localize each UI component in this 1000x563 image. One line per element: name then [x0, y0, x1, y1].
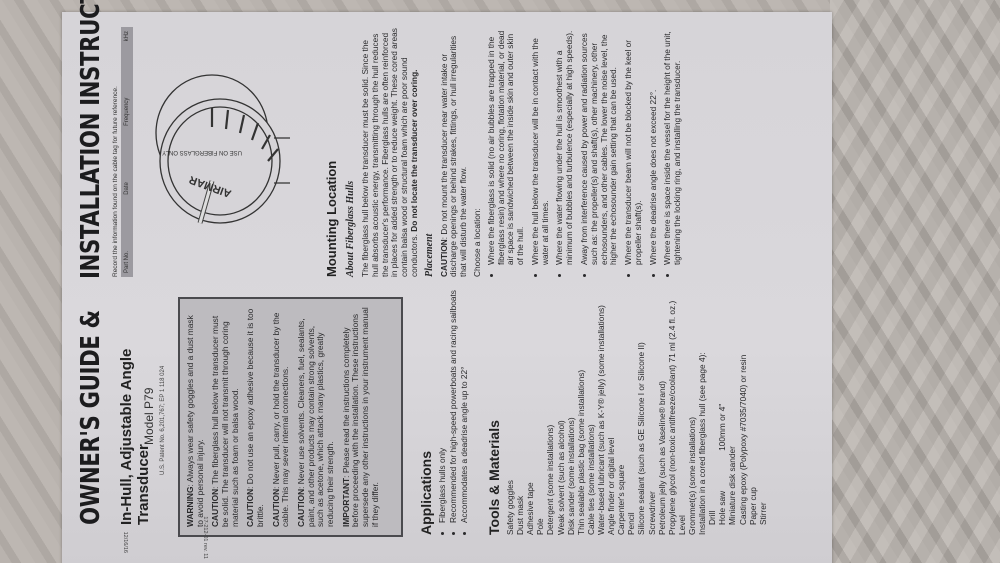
- placement-heading: Placement: [424, 25, 436, 277]
- tool-item: Safety goggles: [505, 290, 515, 535]
- warning-paragraph: CAUTION: Never pull, carry, or hold the …: [272, 307, 291, 527]
- model-number: Model P79: [142, 388, 156, 445]
- tool-item: Screwdriver: [647, 290, 657, 535]
- tool-item: Detergent (some installations): [545, 290, 555, 535]
- cored-tool-item: Miniature disk sander: [727, 290, 737, 535]
- tool-item: Cable ties (some installations): [586, 290, 596, 535]
- installation-column: INSTALLATION INSTRUCTIONS Record the inf…: [62, 21, 832, 283]
- applications-section: Applications Fiberglass hulls onlyRecomm…: [418, 290, 471, 535]
- diagram-inner-text: USE ON FIBERGLASS ONLY: [162, 149, 242, 155]
- warning-label: CAUTION: [296, 489, 306, 527]
- warning-label: WARNING: [185, 487, 195, 527]
- cored-tool-item: Hole saw100mm or 4": [717, 290, 727, 535]
- location-criterion: Away from interference caused by power a…: [580, 25, 619, 265]
- tool-item: Installation in a cored fiberglass hull …: [697, 290, 707, 535]
- margin-doc-code: 17-212-01 rev. 11: [202, 516, 208, 559]
- tool-item: Water-based lubricant (such as K-Y® jell…: [596, 290, 606, 535]
- tools-list: Safety gogglesDust maskAdhesive tapePole…: [505, 290, 768, 535]
- tool-item: Angle finder or digital level: [606, 290, 616, 535]
- location-criterion: Where the fiberglass is solid (no air bu…: [487, 25, 526, 265]
- tools-section: Tools & Materials Safety gogglesDust mas…: [486, 290, 768, 535]
- owners-guide-title: OWNER'S GUIDE &: [76, 310, 106, 525]
- field-date: Date: [124, 182, 130, 195]
- warning-label: CAUTION: [271, 489, 281, 527]
- location-criterion: Where the hull below the transducer will…: [531, 25, 551, 265]
- location-criterion: Where there is space inside the vessel f…: [663, 25, 683, 265]
- transducer-diagram: AIRMAR USE ON FIBERGLASS ONLY: [142, 53, 302, 243]
- tool-item: Silicone sealant (such as GE Silicone I …: [636, 290, 646, 535]
- application-item: Fiberglass hulls only: [437, 290, 448, 523]
- tool-item: Carpenter's square: [616, 290, 626, 535]
- cored-tool-item: Casting epoxy (Polypoxy #7035/7040) or r…: [738, 290, 748, 535]
- application-item: Accommodates a deadrise angle up to 22°: [459, 290, 470, 523]
- application-item: Recommended for high-speed powerboats an…: [448, 290, 459, 523]
- record-fields-bar: Part No. Date Frequency kHz: [121, 27, 133, 277]
- owners-guide-column: OWNER'S GUIDE & In-Hull, Adjustable Angl…: [62, 293, 832, 555]
- warning-paragraph: IMPORTANT: Please read the instructions …: [342, 307, 381, 527]
- cable-tag-record: Record the information found on the cabl…: [112, 27, 133, 277]
- warning-label: CAUTION: [245, 489, 255, 527]
- cored-tool-item: Drill: [707, 290, 717, 535]
- document-photo: OWNER'S GUIDE & In-Hull, Adjustable Angl…: [62, 12, 832, 563]
- tools-heading: Tools & Materials: [486, 290, 502, 535]
- warning-label: CAUTION: [210, 489, 220, 527]
- field-khz: kHz: [124, 31, 130, 41]
- patent-number: U.S. Patent No. 6,201,767; EP 1 118 024: [160, 366, 166, 475]
- location-criterion: Where the water flowing under the hull i…: [555, 25, 575, 265]
- mounting-location-section: Mounting Location About Fiberglass Hulls…: [324, 25, 688, 277]
- tool-item: Dust mask: [515, 290, 525, 535]
- margin-date-code: 12/16/16: [122, 532, 128, 553]
- tool-item: Adhesive tape: [525, 290, 535, 535]
- tool-item: Grommet(s) (some installations): [687, 290, 697, 535]
- warning-label: IMPORTANT: [341, 478, 351, 527]
- installation-title: INSTALLATION INSTRUCTIONS: [76, 0, 106, 279]
- tool-spec: 100mm or 4": [717, 404, 727, 451]
- placement-caution: CAUTION: Do not mount the transducer nea…: [440, 25, 469, 277]
- record-note: Record the information found on the cabl…: [112, 27, 119, 277]
- carpet-background: [830, 0, 1000, 563]
- cored-tool-item: Stirrer: [758, 290, 768, 535]
- warning-paragraph: CAUTION: Never use solvents. Cleaners, f…: [297, 307, 336, 527]
- warning-paragraph: CAUTION: Do not use an epoxy adhesive be…: [246, 307, 265, 527]
- instruction-sheet: OWNER'S GUIDE & In-Hull, Adjustable Angl…: [62, 12, 832, 563]
- about-fiberglass-heading: About Fiberglass Hulls: [345, 25, 357, 277]
- tool-item: Disk sander (some installations): [566, 290, 576, 535]
- location-criterion: Where the transducer beam will not be bl…: [624, 25, 644, 265]
- tool-item: Petroleum jelly (such as Vaseline® brand…: [657, 290, 667, 535]
- mounting-heading: Mounting Location: [324, 25, 339, 277]
- field-part-no: Part No.: [124, 251, 130, 273]
- warning-box: WARNING: Always wear safety goggles and …: [178, 297, 403, 537]
- location-criterion: Where the deadrise angle does not exceed…: [649, 25, 659, 265]
- warning-paragraph: CAUTION: The fiberglass hull below the t…: [211, 307, 240, 527]
- tool-item: Weak solvent (such as alcohol): [556, 290, 566, 535]
- about-fiberglass-text: The fiberglass hull below the transducer…: [361, 25, 420, 277]
- tool-item: Propylene glycol (non-toxic antifreeze/c…: [667, 290, 677, 535]
- warning-paragraph: WARNING: Always wear safety goggles and …: [186, 307, 205, 527]
- cored-tool-item: Paper cup: [748, 290, 758, 535]
- applications-heading: Applications: [418, 290, 434, 535]
- tool-item: Pencil: [626, 290, 636, 535]
- location-list: Where the fiberglass is solid (no air bu…: [487, 25, 683, 277]
- tool-item: Thin sealable plastic bag (some installa…: [576, 290, 586, 535]
- tool-item: Pole: [535, 290, 545, 535]
- field-frequency: Frequency: [124, 98, 130, 126]
- applications-list: Fiberglass hulls onlyRecommended for hig…: [437, 290, 471, 535]
- tool-item: Level: [677, 290, 687, 535]
- choose-location-label: Choose a location:: [473, 25, 483, 277]
